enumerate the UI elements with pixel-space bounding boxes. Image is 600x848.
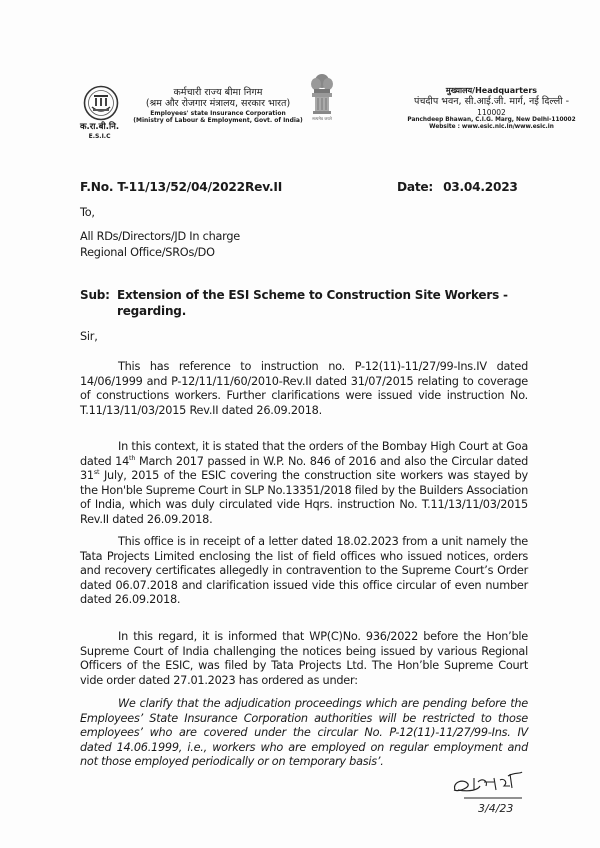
- paragraph-4: In this regard, it is informed that WP(C…: [80, 630, 528, 688]
- national-emblem-icon: [306, 72, 338, 116]
- emblem-caption: सत्यमेव जयते: [300, 116, 344, 122]
- letterhead-right: मुख्यालय/Headquarters पंचदीप भवन, सी.आई.…: [384, 86, 599, 132]
- address-english: Panchdeep Bhawan, C.I.G. Marg, New Delhi…: [384, 117, 599, 124]
- letter-date: Date:03.04.2023: [397, 180, 518, 194]
- date-label: Date:: [397, 180, 433, 194]
- address-hindi: पंचदीप भवन, सी.आई.जी. मार्ग, नई दिल्ली -: [384, 96, 599, 108]
- signature-icon: 3/4/23: [450, 768, 540, 818]
- letterhead-left: कर्मचारी राज्य बीमा निगम (श्रम और रोजगार…: [118, 87, 318, 124]
- org-short-hindi: क.रा.बी.नि.: [80, 122, 119, 133]
- paragraph-4-text: In this regard, it is informed that WP(C…: [80, 630, 528, 687]
- website-text: Website : www.esic.nic.in/www.esic.in: [384, 124, 599, 131]
- paragraph-1-text: This has reference to instruction no. P-…: [80, 360, 528, 417]
- recipient-block: All RDs/Directors/JD In charge Regional …: [80, 229, 240, 261]
- subject-text: Extension of the ESI Scheme to Construct…: [117, 287, 527, 319]
- subject-label: Sub:: [80, 287, 110, 303]
- headquarters-label: मुख्यालय/Headquarters: [384, 86, 599, 96]
- recipient-line-1: All RDs/Directors/JD In charge: [80, 229, 240, 245]
- org-name-english: Employees' state Insurance Corporation: [118, 110, 318, 117]
- esic-logo-icon: [83, 85, 119, 121]
- paragraph-3-text: This office is in receipt of a letter da…: [80, 535, 528, 606]
- org-name-hindi: कर्मचारी राज्य बीमा निगम: [118, 87, 318, 98]
- paragraph-1: This has reference to instruction no. P-…: [80, 360, 528, 418]
- letter-page: कर्मचारी राज्य बीमा निगम (श्रम और रोजगार…: [0, 0, 600, 848]
- quote-text: We clarify that the adjudication proceed…: [80, 697, 528, 768]
- file-number: F.No. T-11/13/52/04/2022Rev.II: [80, 180, 282, 194]
- salutation: Sir,: [80, 330, 98, 343]
- to-line: To,: [80, 206, 95, 219]
- ministry-english: (Ministry of Labour & Employment, Govt. …: [118, 117, 318, 124]
- paragraph-3: This office is in receipt of a letter da…: [80, 535, 528, 608]
- ministry-hindi: (श्रम और रोजगार मंत्रालय, सरकार भारत): [118, 98, 318, 109]
- pin-code: 110002: [384, 108, 599, 117]
- paragraph-2-text-c: July, 2015 of the ESIC covering the cons…: [80, 469, 528, 526]
- paragraph-2: In this context, it is stated that the o…: [80, 440, 528, 528]
- org-short-name: क.रा.बी.नि. E.S.I.C: [80, 122, 119, 141]
- signature-date: 3/4/23: [478, 802, 513, 815]
- court-order-quote: We clarify that the adjudication proceed…: [80, 697, 528, 770]
- org-short-english: E.S.I.C: [80, 133, 119, 141]
- recipient-line-2: Regional Office/SROs/DO: [80, 245, 240, 261]
- date-value: 03.04.2023: [443, 180, 518, 194]
